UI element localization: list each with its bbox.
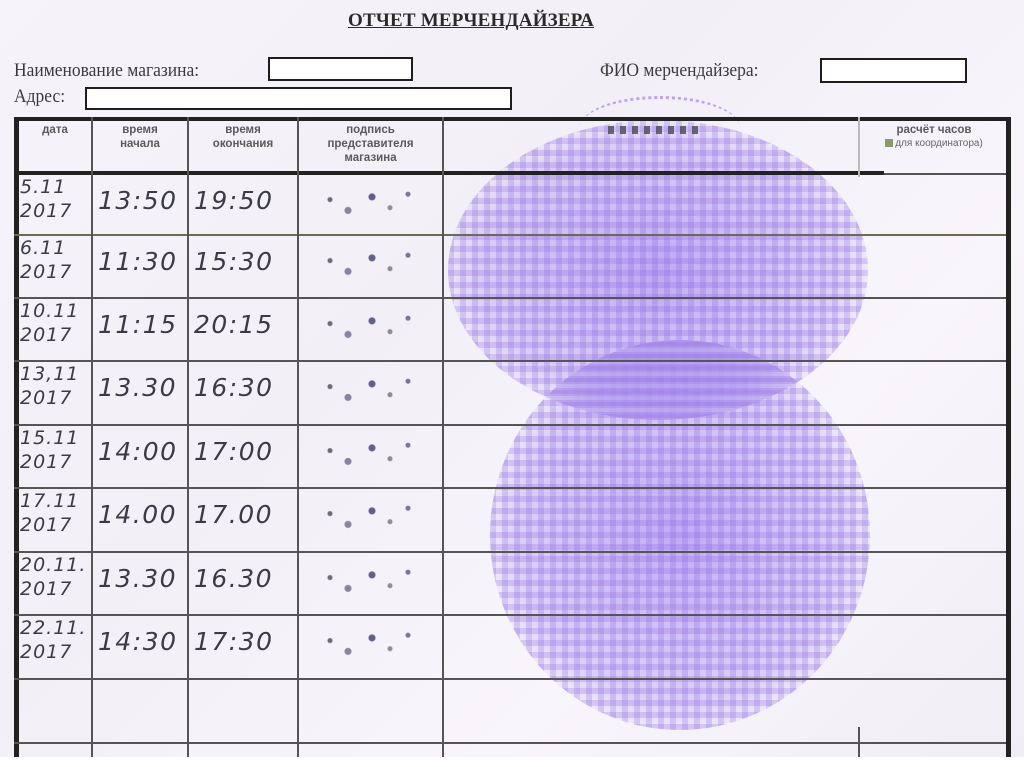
- end-time: 19:50: [194, 186, 274, 216]
- date-line1: 20.11.: [20, 554, 86, 576]
- header-date: дата: [19, 123, 91, 137]
- address-label: Адрес:: [14, 86, 65, 108]
- end-time: 16.30: [194, 564, 273, 594]
- signature-mark: [306, 302, 426, 356]
- start-time: 13.30: [98, 564, 177, 594]
- signature-mark: [306, 178, 426, 232]
- signature-mark: [306, 556, 426, 610]
- merchandiser-label: ФИО мерчендайзера:: [600, 60, 758, 82]
- header-hours: расчёт часов для координатора): [864, 123, 1004, 151]
- date-line1: 5.11: [20, 176, 66, 198]
- signature-mark: [306, 492, 426, 546]
- signature-mark: [306, 429, 426, 483]
- date-line1: 15.11: [20, 427, 79, 449]
- header-sign-line2: представителя: [299, 137, 442, 151]
- end-time: 17.00: [194, 500, 273, 530]
- date-line2: 2017: [20, 578, 72, 600]
- end-time: 20:15: [194, 310, 274, 340]
- date-line2: 2017: [20, 451, 72, 473]
- start-time: 13.30: [98, 373, 177, 403]
- date-line1: 13,11: [20, 363, 79, 385]
- header-start-line1: время: [93, 123, 187, 137]
- date-line2: 2017: [20, 261, 72, 283]
- date-line2: 2017: [20, 324, 72, 346]
- store-name-field[interactable]: [268, 57, 413, 81]
- start-time: 11:30: [98, 247, 178, 277]
- end-time: 17:30: [194, 627, 274, 657]
- date-line1: 22.11.: [20, 617, 86, 639]
- date-line2: 2017: [20, 387, 72, 409]
- end-time: 15:30: [194, 247, 274, 277]
- header-hours-line1: расчёт часов: [864, 123, 1004, 137]
- merchandiser-field[interactable]: [820, 58, 967, 83]
- date-line2: 2017: [20, 514, 72, 536]
- header-start-time: время начала: [93, 123, 187, 151]
- date-line1: 17.11: [20, 490, 79, 512]
- header-end-time: время окончания: [189, 123, 297, 151]
- date-line1: 6.11: [20, 237, 66, 259]
- start-time: 14:00: [98, 437, 178, 467]
- start-time: 14.00: [98, 500, 177, 530]
- header-start-line2: начала: [93, 137, 187, 151]
- header-sign-line3: магазина: [299, 151, 442, 165]
- header-signature: подпись представителя магазина: [299, 123, 442, 165]
- report-table: дата время начала время окончания подпис…: [14, 117, 1011, 757]
- store-name-label: Наименование магазина:: [14, 60, 199, 82]
- header-sign-line1: подпись: [299, 123, 442, 137]
- date-line2: 2017: [20, 200, 72, 222]
- start-time: 14:30: [98, 627, 178, 657]
- header-hours-line2: для координатора): [864, 137, 1004, 151]
- table-row: [14, 679, 1006, 739]
- signature-mark: [306, 239, 426, 293]
- header-end-line1: время: [189, 123, 297, 137]
- document-title: ОТЧЕТ МЕРЧЕНДАЙЗЕРА: [348, 10, 594, 32]
- address-field[interactable]: [85, 87, 512, 110]
- signature-mark: [306, 365, 426, 419]
- signature-mark: [306, 619, 426, 673]
- date-line2: 2017: [20, 641, 72, 663]
- bottom-margin: [0, 757, 1024, 767]
- end-time: 16:30: [194, 373, 274, 403]
- header-end-line2: окончания: [189, 137, 297, 151]
- date-line1: 10.11: [20, 300, 79, 322]
- end-time: 17:00: [194, 437, 274, 467]
- start-time: 13:50: [98, 186, 178, 216]
- start-time: 11:15: [98, 310, 178, 340]
